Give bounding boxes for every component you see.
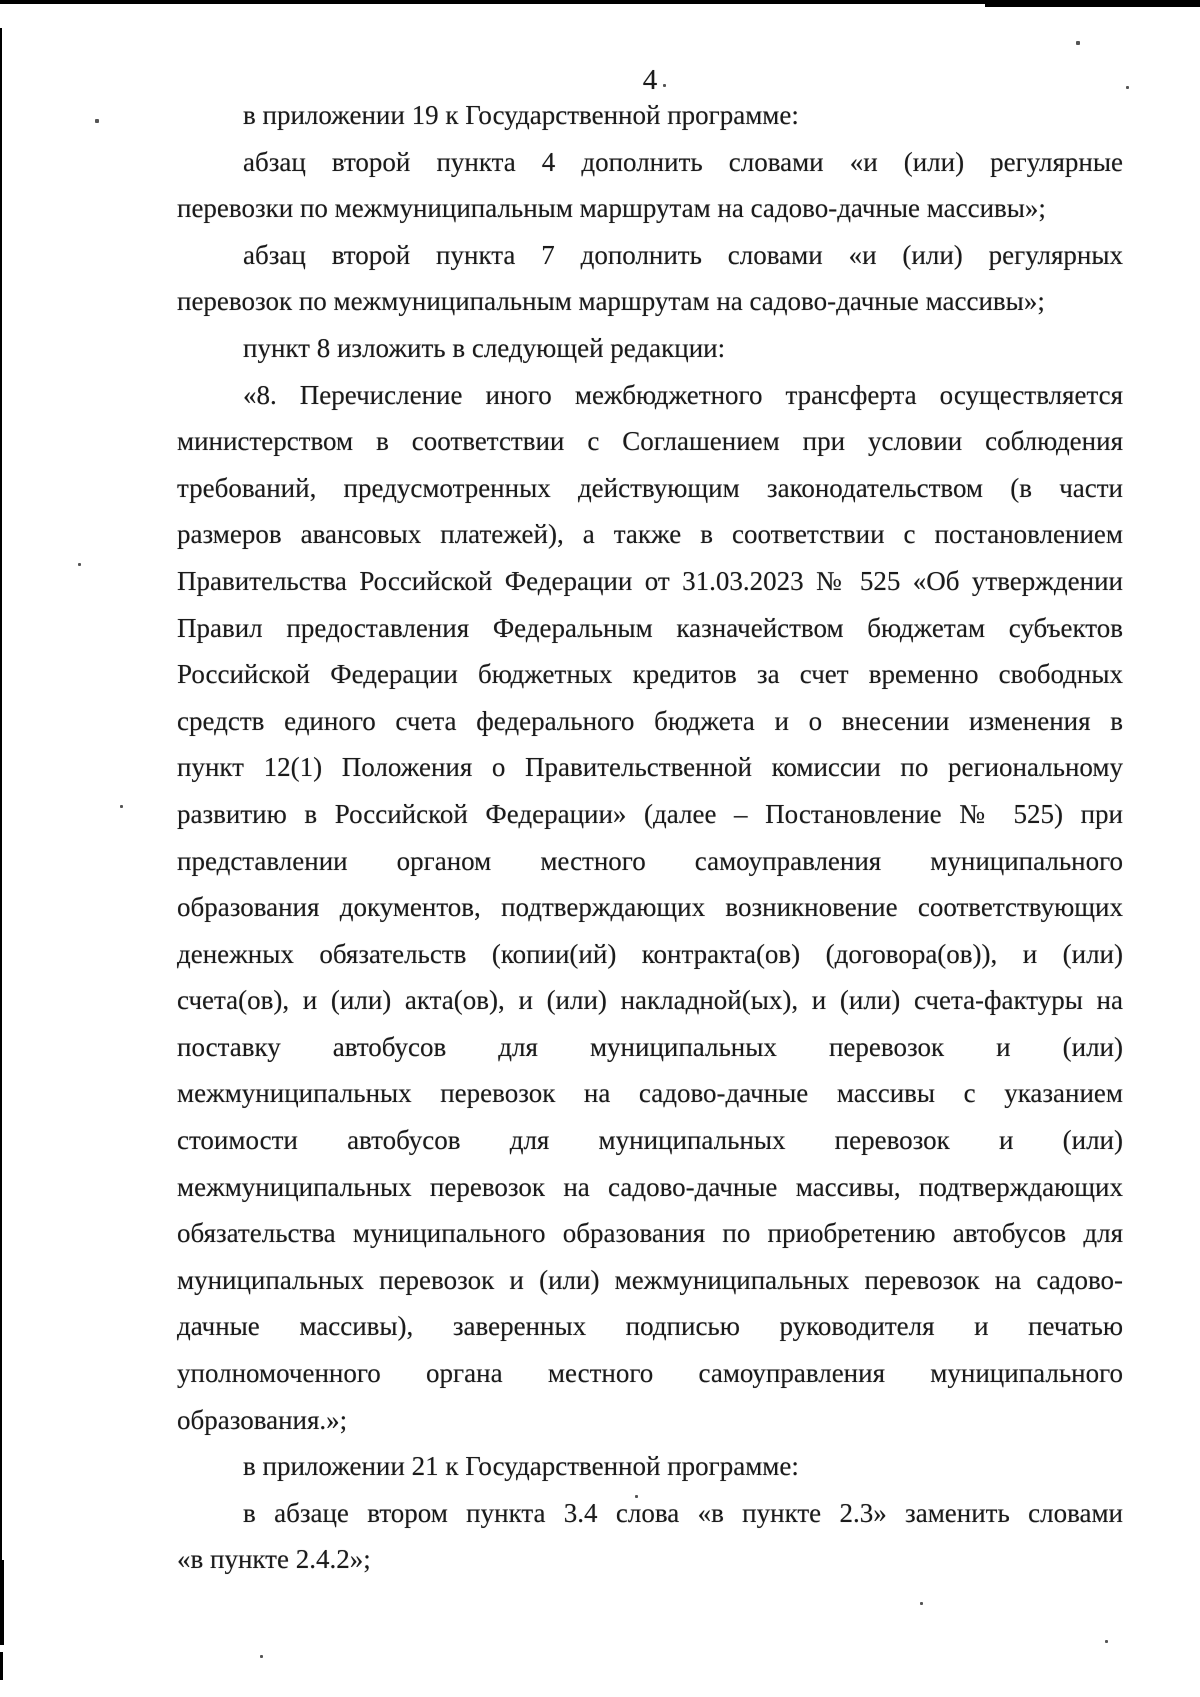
scan-speck — [1105, 1640, 1108, 1643]
text-line: размеров авансовых платежей), а также в … — [177, 511, 1123, 558]
text-line: перевозок по межмуниципальным маршрутам … — [177, 278, 1123, 325]
text-line: поставку автобусов для муниципальных пер… — [177, 1024, 1123, 1071]
text-line: образования документов, подтверждающих в… — [177, 884, 1123, 931]
text-line: уполномоченного органа местного самоупра… — [177, 1350, 1123, 1397]
text-line: «в пункте 2.4.2»; — [177, 1536, 1123, 1583]
text-line: средств единого счета федерального бюдже… — [177, 698, 1123, 745]
scan-left-edge-line — [0, 28, 2, 1588]
text-line: муниципальных перевозок и (или) межмуниц… — [177, 1257, 1123, 1304]
scan-speck — [78, 563, 81, 566]
text-line: абзац второй пункта 4 дополнить словами … — [177, 139, 1123, 186]
scan-speck — [1126, 86, 1129, 89]
text-line: абзац второй пункта 7 дополнить словами … — [177, 232, 1123, 279]
text-line: представлении органом местного самоуправ… — [177, 838, 1123, 885]
document-page: 4 в приложении 19 к Государственной прог… — [0, 0, 1200, 1697]
text-line: денежных обязательств (копии(ий) контрак… — [177, 931, 1123, 978]
scan-speck — [260, 1655, 263, 1658]
text-line: «8. Перечисление иного межбюджетного тра… — [177, 372, 1123, 419]
text-line: Правительства Российской Федерации от 31… — [177, 558, 1123, 605]
scan-top-right-edge — [985, 0, 1200, 7]
paragraph: в абзаце втором пункта 3.4 слова «в пунк… — [177, 1490, 1123, 1583]
text-line: в приложении 21 к Государственной програ… — [177, 1443, 1123, 1490]
text-line: в абзаце втором пункта 3.4 слова «в пунк… — [177, 1490, 1123, 1537]
text-line: Правил предоставления Федеральным казнач… — [177, 605, 1123, 652]
scan-speck — [1076, 41, 1080, 45]
scan-left-edge-bar — [0, 1560, 4, 1645]
paragraph: в приложении 19 к Государственной програ… — [177, 92, 1123, 139]
scan-speck — [95, 119, 99, 123]
paragraph: в приложении 21 к Государственной програ… — [177, 1443, 1123, 1490]
paragraph: «8. Перечисление иного межбюджетного тра… — [177, 372, 1123, 1444]
text-line: пункт 8 изложить в следующей редакции: — [177, 325, 1123, 372]
scan-speck — [920, 1602, 923, 1605]
scan-speck — [120, 805, 123, 808]
document-text-block: в приложении 19 к Государственной програ… — [177, 92, 1123, 1583]
text-line: в приложении 19 к Государственной програ… — [177, 92, 1123, 139]
text-line: пункт 12(1) Положения о Правительственно… — [177, 744, 1123, 791]
paragraph: абзац второй пункта 4 дополнить словами … — [177, 139, 1123, 232]
text-line: образования.»; — [177, 1397, 1123, 1444]
scan-left-edge-mark — [0, 1652, 3, 1680]
paragraph: пункт 8 изложить в следующей редакции: — [177, 325, 1123, 372]
text-line: Российской Федерации бюджетных кредитов … — [177, 651, 1123, 698]
text-line: министерством в соответствии с Соглашени… — [177, 418, 1123, 465]
text-line: дачные массивы), заверенных подписью рук… — [177, 1303, 1123, 1350]
text-line: развитию в Российской Федерации» (далее … — [177, 791, 1123, 838]
text-line: счета(ов), и (или) акта(ов), и (или) нак… — [177, 977, 1123, 1024]
text-line: перевозки по межмуниципальным маршрутам … — [177, 185, 1123, 232]
paragraph: абзац второй пункта 7 дополнить словами … — [177, 232, 1123, 325]
text-line: межмуниципальных перевозок на садово-дач… — [177, 1164, 1123, 1211]
text-line: обязательства муниципального образования… — [177, 1210, 1123, 1257]
text-line: требований, предусмотренных действующим … — [177, 465, 1123, 512]
text-line: межмуниципальных перевозок на садово-дач… — [177, 1070, 1123, 1117]
text-line: стоимости автобусов для муниципальных пе… — [177, 1117, 1123, 1164]
